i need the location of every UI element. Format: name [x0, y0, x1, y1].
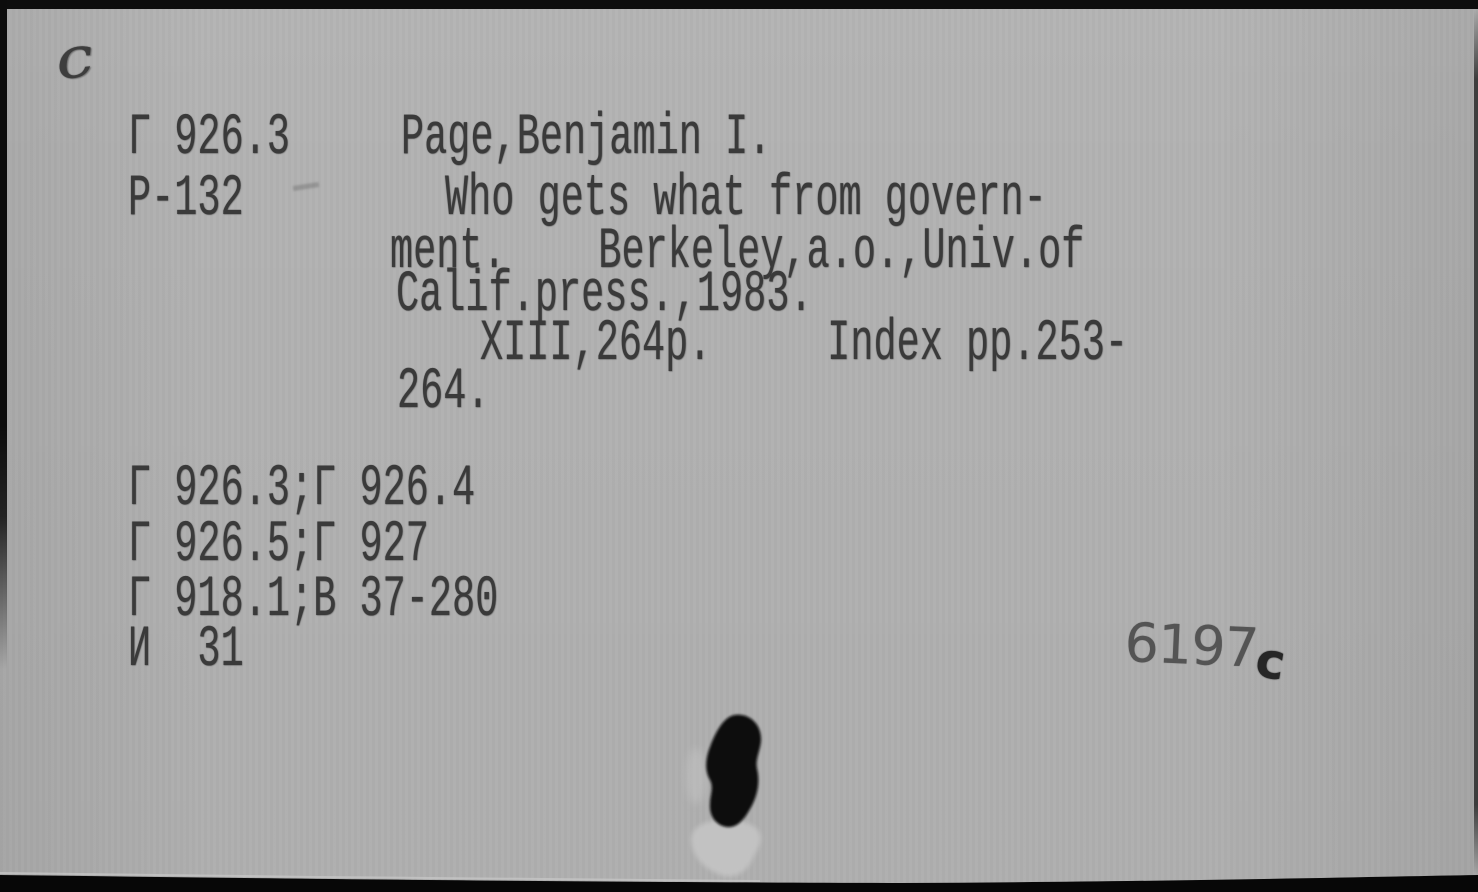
handwritten-accession-number: 6197 [1123, 612, 1259, 680]
scanned-catalog-card: c Г 926.3 P-132 Page,Benjamin I. Who get… [0, 0, 1478, 892]
scan-edge-left [0, 0, 7, 760]
author-mark: P-132 [128, 171, 244, 229]
scan-edge-right [1474, 10, 1478, 874]
classification-refs-line-2: Г 926.5;Г 927 [128, 517, 429, 575]
entry-collation-line-1: XIII,264p. Index pp.253- [480, 316, 1128, 374]
classification-refs-line-1: Г 926.3;Г 926.4 [128, 461, 475, 519]
ink-smudge [293, 182, 319, 191]
handwritten-corner-mark: c [52, 29, 97, 90]
scan-edge-bottom [0, 868, 1478, 892]
classmark: Г 926.3 [128, 110, 290, 168]
entry-collation-line-2: 264. [397, 364, 490, 422]
punch-hole-blob [694, 710, 780, 832]
classification-refs-line-4: И 31 [128, 622, 244, 680]
scan-edge-top [0, 0, 1478, 9]
entry-heading: Page,Benjamin I. [401, 110, 771, 168]
